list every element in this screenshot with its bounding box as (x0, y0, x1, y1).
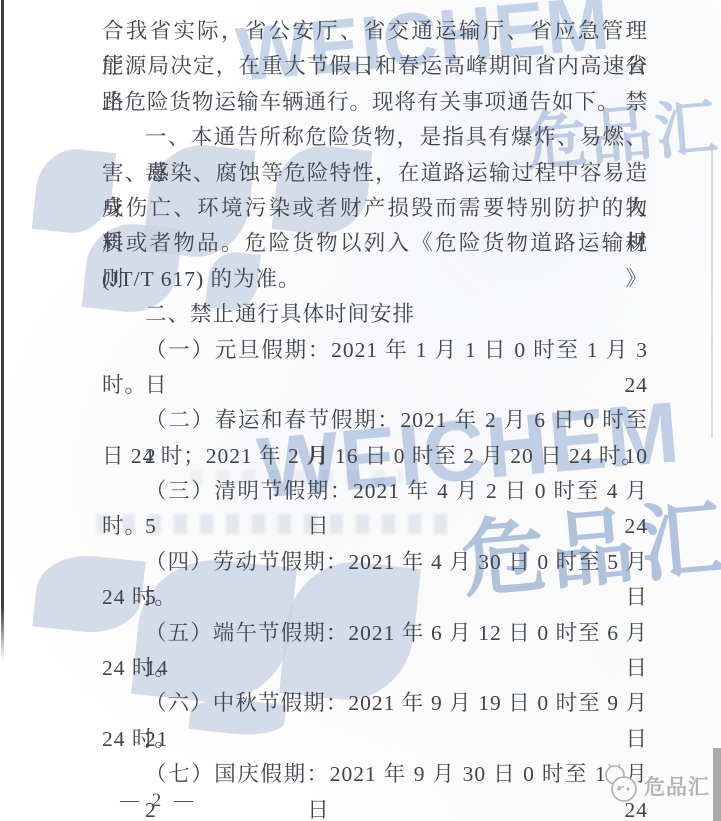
document-line: 害、感染、腐蚀等危险特性，在道路运输过程中容易造成人 (102, 156, 648, 191)
scan-border-left (1, 0, 4, 660)
document-line: （七）国庆假期：2021 年 9 月 30 日 0 时至 10 月 2 日 24 (102, 757, 648, 792)
document-line: （三）清明节假期：2021 年 4 月 2 日 0 时至 4 月 5 日 24 (102, 474, 648, 509)
document-line: （二）春运和春节假期：2021 年 2 月 6 日 0 时至 2 月 10 (102, 403, 648, 438)
document-line: 合我省实际，省公安厅、省交通运输厅、省应急管理厅、省 (102, 14, 648, 49)
document-line: 日 24 时；2021 年 2 月 16 日 0 时至 2 月 20 日 24 … (102, 439, 648, 474)
document-line: （四）劳动节假期：2021 年 4 月 30 日 0 时至 5 月 5 日 (102, 545, 648, 580)
document-line: （五）端午节假期：2021 年 6 月 12 日 0 时至 6 月 14 日 (102, 616, 648, 651)
document-line: 一、本通告所称危险货物，是指具有爆炸、易燃、毒 (102, 120, 648, 155)
scanned-document-page: WEICHEM 危品汇 WEICHEM 危品汇 合我省实际，省公安厅、省交通运输… (0, 0, 721, 821)
weipinhui-brand: 危品汇 (602, 762, 710, 809)
document-line: 止危险货物运输车辆通行。现将有关事项通告如下。 (102, 85, 648, 120)
scan-line-right (711, 148, 713, 438)
weipinhui-logo-label: 危品汇 (644, 771, 710, 801)
document-line: 二、禁止通行具体时间安排 (102, 297, 648, 332)
document-lines: 合我省实际，省公安厅、省交通运输厅、省应急管理厅、省能源局决定，在重大节假日和春… (102, 14, 648, 793)
document-line: 身伤亡、环境污染或者财产损毁而需要特别防护的物质、材 (102, 191, 648, 226)
weipinhui-mascot-icon (602, 762, 640, 809)
page-number: — 2 — (120, 790, 197, 812)
document-line: （一）元旦假期：2021 年 1 月 1 日 0 时至 1 月 3 日 24 (102, 333, 648, 368)
document-line: 能源局决定，在重大节假日和春运高峰期间省内高速公路禁 (102, 49, 648, 84)
document-line: 料或者物品。危险货物以列入《危险货物道路运输规则》 (102, 226, 648, 261)
document-line: （六）中秋节假期：2021 年 9 月 19 日 0 时至 9 月 21 日 (102, 686, 648, 721)
scan-strip-right (713, 748, 721, 821)
